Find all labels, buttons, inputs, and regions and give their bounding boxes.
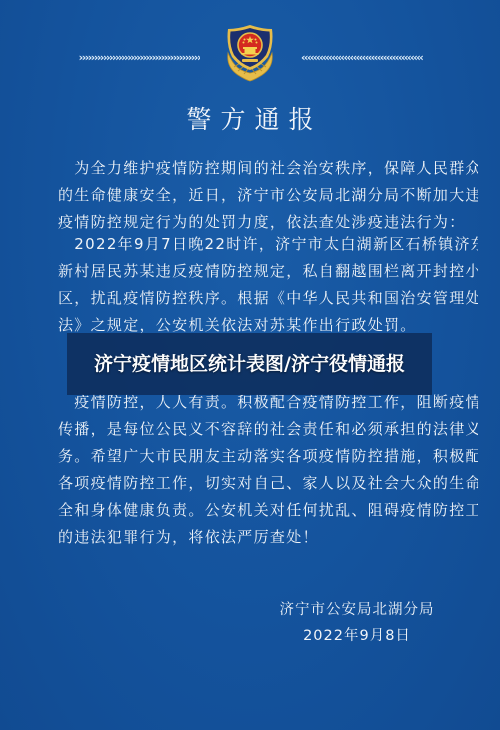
paragraph-intro: 为全力维护疫情防控期间的社会治安秩序，保障人民群众 的生命健康安全，近日，济宁市… [58,155,478,236]
body-line: 区，扰乱疫情防控秩序。根据《中华人民共和国治安管理处罚 [58,285,478,312]
chevron-left-icon: ‹‹‹‹‹‹‹‹‹‹‹‹‹‹‹‹‹‹‹‹‹‹‹‹‹‹‹‹‹‹‹‹‹‹‹‹‹‹‹‹ [301,52,422,64]
chevron-divider-left: ›››››››››››››››››››››››››››››››››››››››› [0,52,200,64]
signature-organization: 济宁市公安局北湖分局 [262,597,452,623]
paragraph-appeal: 疫情防控，人人有责。积极配合疫情防控工作，阻断疫情 传播，是每位公民义不容辞的社… [58,389,478,551]
body-line: 传播，是每位公民义不容辞的社会责任和必须承担的法律义 [58,416,478,443]
body-line: 2022年9月7日晚22时许，济宁市太白湖新区石桥镇济东 [58,231,478,258]
chevron-right-icon: ›››››››››››››››››››››››››››››››››››››››› [79,52,200,64]
police-badge-icon [222,23,278,83]
paragraph-case: 2022年9月7日晚22时许，济宁市太白湖新区石桥镇济东 新村居民苏某违反疫情防… [58,231,478,339]
signature-date: 2022年9月8日 [262,623,452,649]
body-line: 的生命健康安全，近日，济宁市公安局北湖分局不断加大违反 [58,182,478,209]
police-notice-poster: ››››››››››››››››››››››››››››››››››››››››… [0,0,500,730]
chevron-divider-right: ‹‹‹‹‹‹‹‹‹‹‹‹‹‹‹‹‹‹‹‹‹‹‹‹‹‹‹‹‹‹‹‹‹‹‹‹‹‹‹‹ [301,52,500,64]
overlay-title-banner: 济宁疫情地区统计表图/济宁役情通报 [67,333,432,395]
body-line: 的违法犯罪行为，将依法严厉查处！ [58,524,478,551]
body-line: 新村居民苏某违反疫情防控规定，私自翻越围栏离开封控小 [58,258,478,285]
page-title: 警方通报 [0,104,500,136]
body-line: 各项疫情防控工作，切实对自己、家人以及社会大众的生命安 [58,470,478,497]
body-line: 为全力维护疫情防控期间的社会治安秩序，保障人民群众 [58,155,478,182]
body-line: 全和身体健康负责。公安机关对任何扰乱、阻碍疫情防控工作 [58,497,478,524]
body-line: 务。希望广大市民朋友主动落实各项疫情防控措施，积极配合 [58,443,478,470]
overlay-title: 济宁疫情地区统计表图/济宁役情通报 [85,351,415,377]
